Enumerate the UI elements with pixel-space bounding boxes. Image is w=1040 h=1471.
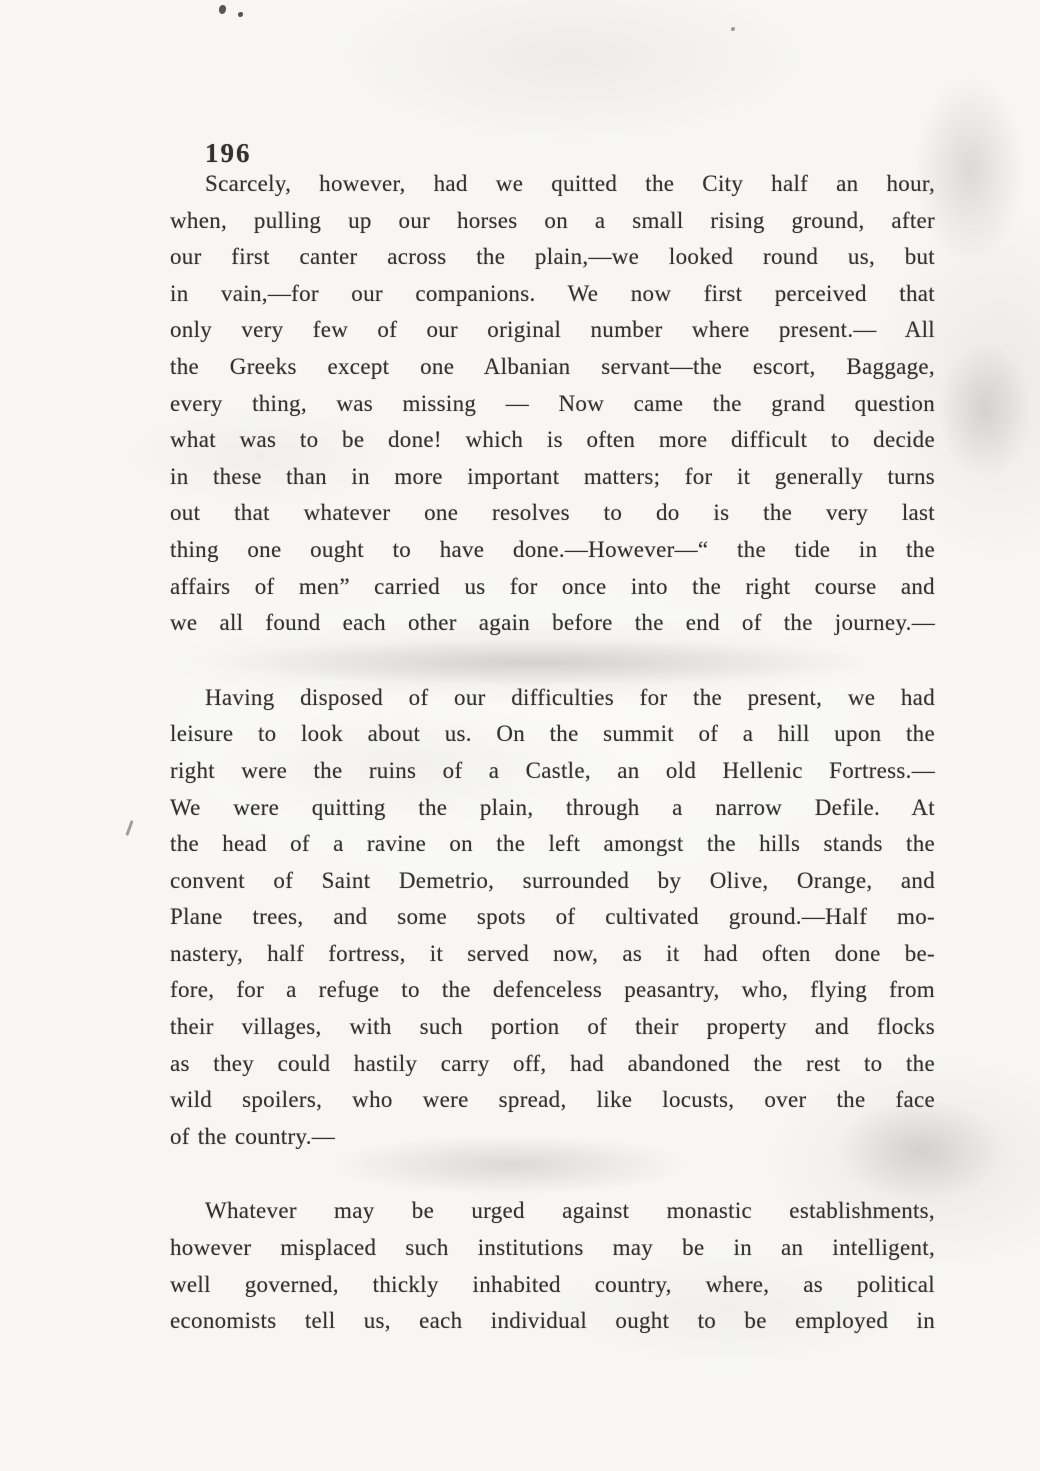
page-number: 196 [205,138,252,169]
text-line: when, pulling up our horses on a small r… [170,203,935,240]
text-block: Scarcely, however, had we quitted the Ci… [170,166,935,1340]
scanned-page: 196 Scarcely, however, had we quitted th… [0,0,1040,1471]
text-line: We were quitting the plain, through a na… [170,790,935,827]
text-line: out that whatever one resolves to do is … [170,495,935,532]
text-line: fore, for a refuge to the defenceless pe… [170,972,935,1009]
text-line: however misplaced such institutions may … [170,1230,935,1267]
text-line: thing one ought to have done.—However—“ … [170,532,935,569]
ink-speck [731,27,735,31]
paragraph: Having disposed of our difficulties for … [170,680,935,1156]
text-line: right were the ruins of a Castle, an old… [170,753,935,790]
text-line: every thing, was missing — Now came the … [170,386,935,423]
text-line: what was to be done! which is often more… [170,422,935,459]
text-line: Plane trees, and some spots of cultivate… [170,899,935,936]
paragraph: Scarcely, however, had we quitted the Ci… [170,166,935,642]
text-line: Whatever may be urged against monastic e… [170,1193,935,1230]
text-line: their villages, with such portion of the… [170,1009,935,1046]
text-line: we all found each other again before the… [170,605,935,642]
text-line: Having disposed of our difficulties for … [170,680,935,717]
text-line: wild spoilers, who were spread, like loc… [170,1082,935,1119]
text-line: in these than in more important matters;… [170,459,935,496]
ink-speck [238,12,243,17]
text-line: only very few of our original number whe… [170,312,935,349]
text-line: Scarcely, however, had we quitted the Ci… [170,166,935,203]
text-line: as they could hastily carry off, had aba… [170,1046,935,1083]
text-line: the head of a ravine on the left amongst… [170,826,935,863]
text-line: economists tell us, each individual ough… [170,1303,935,1340]
text-line: affairs of men” carried us for once into… [170,569,935,606]
text-line: of the country.— [170,1119,935,1156]
ink-speck [219,5,226,14]
text-line: convent of Saint Demetrio, surrounded by… [170,863,935,900]
paper-stain [930,330,1040,490]
text-line: in vain,—for our companions. We now firs… [170,276,935,313]
pen-mark [125,820,133,836]
text-line: leisure to look about us. On the summit … [170,716,935,753]
text-line: the Greeks except one Albanian servant—t… [170,349,935,386]
text-line: well governed, thickly inhabited country… [170,1267,935,1304]
paragraph: Whatever may be urged against monastic e… [170,1193,935,1339]
text-line: nastery, half fortress, it served now, a… [170,936,935,973]
text-line: our first canter across the plain,—we lo… [170,239,935,276]
